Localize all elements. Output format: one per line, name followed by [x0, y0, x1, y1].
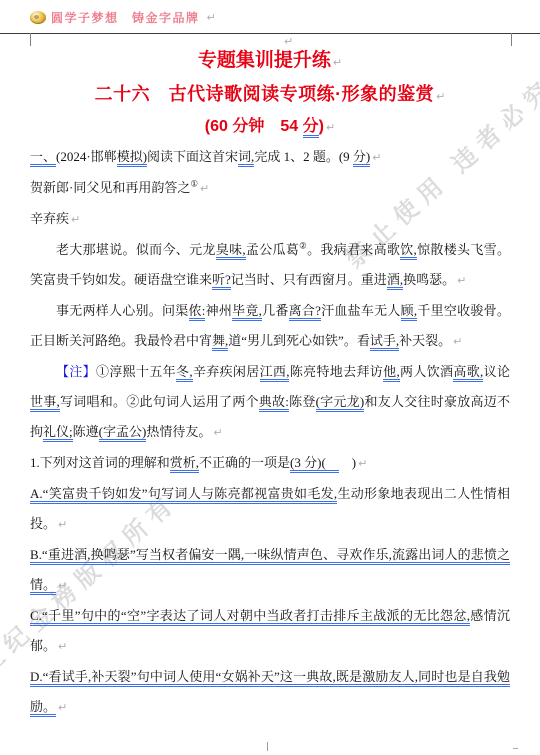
grammar-underlined-text: A.“笑富贵千钧如发”	[30, 486, 148, 504]
grammar-underlined-text: 典故:	[259, 394, 289, 412]
brand-slogan: 圆学子梦想 铸金字品牌	[51, 9, 200, 26]
section-title-text: 专题集训提升练	[198, 50, 331, 71]
margin-tick-bottom-center	[267, 742, 268, 751]
grammar-underlined-text: 句中词人使用“女娲补天”这一典故,	[137, 669, 336, 687]
grammar-underlined-text: D.“看试手,补天裂”	[30, 669, 137, 687]
grammar-underlined-text: 江西,	[260, 364, 290, 382]
grammar-underlined-text: 高歌,	[453, 364, 483, 382]
paragraph-mark: ↵	[372, 151, 381, 164]
grammar-underlined-text: 毕竟,	[232, 303, 262, 321]
brand-logo: 圆学子梦想 铸金字品牌 ↵	[30, 7, 216, 27]
header-rule	[0, 33, 540, 34]
text-segment: 完成 1、2 题。(9	[254, 149, 353, 164]
grammar-underlined-text: 一、	[30, 149, 56, 167]
text-segment: 补天裂。	[399, 333, 451, 348]
text-segment: )	[319, 118, 324, 135]
text-segment: ②	[299, 241, 307, 251]
option-d: D.“看试手,补天裂”句中词人使用“女娲补天”这一典故,既是激励友人,同时也是自…	[30, 662, 510, 723]
text-segment: 辛弃疾	[30, 211, 69, 226]
grammar-underlined-text: 他,	[383, 364, 400, 382]
text-segment: 热情待友。	[146, 424, 211, 439]
grammar-underlined-text: (字元龙)	[316, 394, 365, 412]
paragraph-mark: ↵	[213, 426, 222, 439]
paragraph-mark: ↵	[71, 213, 80, 226]
text-segment: )	[339, 455, 356, 470]
gold-seal-icon	[30, 11, 46, 24]
text-segment: 不正确的一项是	[199, 455, 290, 470]
margin-tick-bottom-right	[513, 748, 518, 749]
text-segment: 贺新郎·同父见和再用韵答之	[30, 180, 190, 195]
document-body: 专题集训提升练↵ 二十六 古代诗歌阅读专项练·形象的鉴赏↵ (60 分钟 54 …	[30, 40, 510, 723]
poem-stanza-2: 事无两样人心别。问渠侬:神州毕竟,几番离合?汗血盐车无人顾,千里空收骏骨。正目断…	[30, 296, 510, 357]
text-segment: (2024·邯郸	[56, 149, 117, 164]
text-segment: 记当时、只有西窗月。重进	[231, 272, 387, 287]
grammar-underlined-text: 舞,	[212, 333, 228, 351]
text-segment: 1.下列对这首词的理解和	[30, 455, 170, 470]
paragraph-mark: ↵	[58, 640, 67, 653]
paragraph-mark: ↵	[453, 335, 462, 348]
paragraph-mark: ↵	[326, 121, 335, 134]
text-segment: ①淳熙十五年	[96, 364, 176, 379]
text-segment: 两人饮酒	[400, 364, 454, 379]
text-segment: 阅读下面这首宋	[147, 149, 238, 164]
text-segment: 写词唱和。②此句词人运用了两个	[60, 394, 259, 409]
text-segment: 老大那堪说。似而今、元龙	[56, 242, 216, 257]
margin-tick-top-right	[511, 33, 512, 46]
grammar-underlined-text: (字孟公)	[99, 424, 147, 442]
option-c: C.“千里”句中的“空”字表达了词人对朝中当政者打击排斥主战派的无比怨忿,感情沉…	[30, 601, 510, 662]
unit-title: 二十六 古代诗歌阅读专项练·形象的鉴赏↵	[30, 78, 510, 113]
text-segment: 陈亮特地去拜访	[289, 364, 383, 379]
text-segment: 汗血盐车无人	[321, 303, 401, 318]
text-segment: 换鸣瑟。	[403, 272, 455, 287]
grammar-underlined-text: 酒,	[387, 272, 403, 290]
paragraph-mark: ↵	[200, 182, 209, 195]
grammar-underlined-text: 分)	[353, 149, 370, 167]
unit-title-text: 二十六 古代诗歌阅读专项练·形象的鉴赏	[95, 84, 435, 104]
grammar-underlined-text: “空”字表达了词人对朝中当政者打击排斥主战派的无比怨忿,	[121, 608, 470, 626]
question-intro: 一、(2024·邯郸模拟)阅读下面这首宋词,完成 1、2 题。(9 分)↵	[30, 142, 510, 173]
text-segment: 辛弃疾闲居	[193, 364, 260, 379]
grammar-underlined-text: 侬:	[189, 303, 206, 321]
text-segment: 几番	[262, 303, 289, 318]
text-segment: 陈遵	[73, 424, 99, 439]
grammar-underlined-text: 词,	[238, 149, 254, 167]
grammar-underlined-text: 试手,	[370, 333, 399, 351]
option-a: A.“笑富贵千钧如发”句写词人与陈亮都视富贵如毛发,生动形象地表现出二人性情相投…	[30, 479, 510, 540]
grammar-underlined-text: 冬,	[176, 364, 193, 382]
grammar-underlined-text: 臭味,	[216, 242, 246, 260]
paragraph-mark: ↵	[358, 457, 367, 470]
grammar-underlined-text: 句写词人与陈亮都视富贵如毛发,	[148, 486, 338, 504]
grammar-underlined-text: 礼仪;	[43, 424, 73, 442]
text-segment: (60 分钟 54	[205, 118, 303, 135]
text-segment: 【注】	[56, 364, 96, 379]
text-segment: 陈登	[289, 394, 316, 409]
question-1: 1.下列对这首词的理解和赏析,不正确的一项是(3 分)( )↵	[30, 448, 510, 479]
option-b: B.“重进酒,换鸣瑟”写当权者偏安一隅,一味纵情声色、寻欢作乐,流露出词人的悲愤…	[30, 540, 510, 601]
section-title: 专题集训提升练↵	[30, 46, 510, 78]
paragraph-mark: ↵	[58, 518, 67, 531]
poem-author: 辛弃疾↵	[30, 204, 510, 235]
grammar-underlined-text: 写当权者偏安一隅,一味纵情声色、	[136, 547, 336, 565]
grammar-underlined-text: 饮,	[400, 242, 417, 260]
poem-title: 贺新郎·同父见和再用韵答之①↵	[30, 173, 510, 204]
paragraph-mark: ↵	[457, 274, 466, 287]
poem-stanza-1: 老大那堪说。似而今、元龙臭味,孟公瓜葛②。我病君来高歌饮,惊散楼头飞雪。笑富贵千…	[30, 235, 510, 296]
grammar-underlined-text: 模拟)	[117, 149, 147, 167]
paragraph-mark: ↵	[58, 701, 67, 714]
grammar-underlined-text: C.“千里”句中的	[30, 608, 121, 626]
paragraph-mark: ↵	[207, 11, 216, 24]
paragraph-mark: ↵	[333, 56, 342, 69]
grammar-underlined-text: (3 分)(	[290, 455, 339, 473]
text-segment: ①	[190, 179, 198, 189]
grammar-underlined-text: 赏析,	[170, 455, 199, 473]
text-segment: 。我病君来高歌	[307, 242, 400, 257]
paragraph-mark: ↵	[436, 90, 445, 103]
grammar-underlined-text: 世事,	[30, 394, 60, 412]
note: 【注】①淳熙十五年冬,辛弃疾闲居江西,陈亮特地去拜访他,两人饮酒高歌,议论世事,…	[30, 357, 510, 448]
grammar-underlined-text: 听?	[212, 272, 231, 290]
text-segment: 事无两样人心别。问渠	[56, 303, 189, 318]
grammar-underlined-text: 分	[303, 118, 319, 138]
text-segment: 道“男儿到死心如铁”。看	[228, 333, 370, 348]
grammar-underlined-text: 顾,	[401, 303, 418, 321]
time-score-line: (60 分钟 54 分)↵	[30, 113, 510, 142]
grammar-underlined-text: 离合?	[289, 303, 321, 321]
text-segment: 孟公瓜葛	[246, 242, 300, 257]
text-segment: 议论	[483, 364, 510, 379]
grammar-underlined-text: B.“重进酒,换鸣瑟”	[30, 547, 136, 565]
paragraph-mark: ↵	[58, 579, 67, 592]
text-segment: 神州	[205, 303, 232, 318]
